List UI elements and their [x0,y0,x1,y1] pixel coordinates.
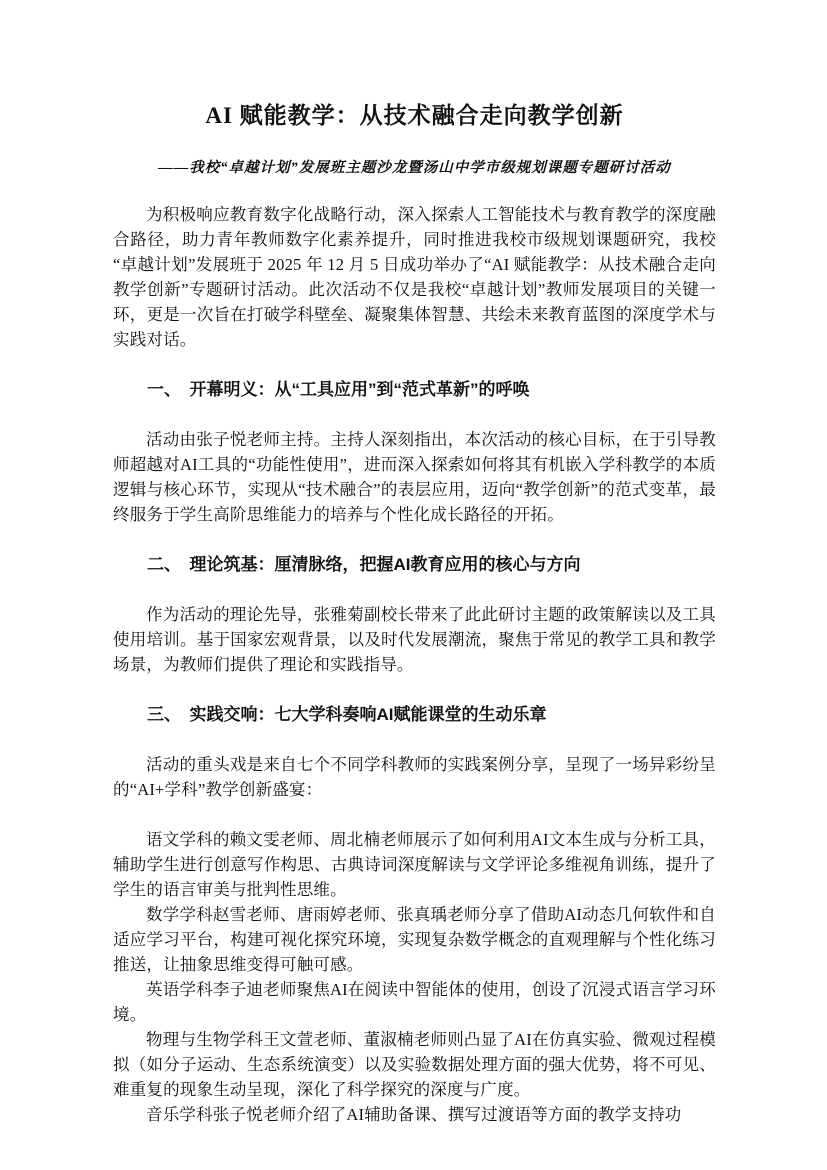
section-3-lead-paragraph: 活动的重头戏是来自七个不同学科教师的实践案例分享，呈现了一场异彩纷呈的“AI+学… [113,752,716,802]
section-2-paragraph: 作为活动的理论先导，张雅菊副校长带来了此此研讨主题的政策解读以及工具使用培训。基… [113,602,716,677]
section-1-paragraph: 活动由张子悦老师主持。主持人深刻指出，本次活动的核心目标，在于引导教师超越对AI… [113,427,716,527]
section-3-chinese-subject-paragraph: 语文学科的赖文雯老师、周北楠老师展示了如何利用AI文本生成与分析工具，辅助学生进… [113,827,716,902]
section-3-math-subject-paragraph: 数学学科赵雪老师、唐雨婷老师、张真瑀老师分享了借助AI动态几何软件和自适应学习平… [113,902,716,977]
section-3-heading: 三、 实践交响：七大学科奏响AI赋能课堂的生动乐章 [113,702,716,727]
document-title: AI 赋能教学：从技术融合走向教学创新 [113,100,716,132]
document-page: AI 赋能教学：从技术融合走向教学创新 ——我校“卓越计划”发展班主题沙龙暨汤山… [0,0,827,1170]
document-subtitle: ——我校“卓越计划”发展班主题沙龙暨汤山中学市级规划课题专题研讨活动 [113,158,716,178]
section-3-physics-biology-subject-paragraph: 物理与生物学科王文萱老师、董淑楠老师则凸显了AI在仿真实验、微观过程模拟（如分子… [113,1027,716,1102]
section-2-heading: 二、 理论筑基：厘清脉络，把握AI教育应用的核心与方向 [113,552,716,577]
intro-paragraph: 为积极响应教育数字化战略行动，深入探索人工智能技术与教育教学的深度融合路径，助力… [113,202,716,352]
section-1-heading: 一、 开幕明义：从“工具应用”到“范式革新”的呼唤 [113,377,716,402]
section-3-music-subject-paragraph: 音乐学科张子悦老师介绍了AI辅助备课、撰写过渡语等方面的教学支持功 [113,1102,716,1127]
section-3-english-subject-paragraph: 英语学科李子迪老师聚焦AI在阅读中智能体的使用，创设了沉浸式语言学习环境。 [113,977,716,1027]
